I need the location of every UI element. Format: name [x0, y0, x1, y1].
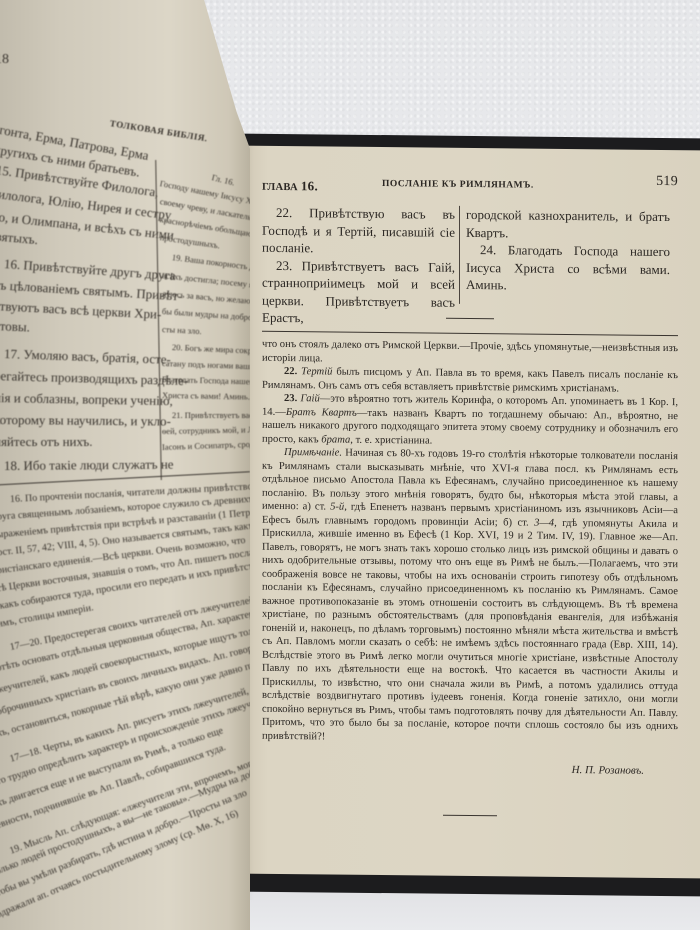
lemma: Гаій: [300, 393, 319, 404]
chapter-label: ГЛАВА: [262, 182, 298, 193]
side-line: 20. Богъ же мира сокрушитъ: [172, 342, 250, 356]
right-page: ГЛАВА 16. ПОСЛАНІЕ КЪ РИМЛЯНАМЪ. 519 22.…: [240, 146, 700, 879]
verse-line: которому вы научились, и укло-: [0, 412, 171, 430]
commentary-text: что онъ стоялъ далеко отъ Римской Церкви…: [262, 339, 678, 364]
side-line: Іасонъ и Сосипатръ, сродники мои.: [162, 438, 250, 452]
verse-23: 23. Привѣтствуетъ васъ Гаій, странноприі…: [262, 256, 455, 328]
end-divider: [443, 815, 497, 817]
verse-24: 24. Благодать Господа нашего Іисуса Хрис…: [466, 241, 670, 296]
verse-line: стовы.: [0, 318, 30, 336]
commentary-paragraph: что онъ стоялъ далеко отъ Римской Церкви…: [262, 338, 678, 369]
chapter-heading: ГЛАВА 16.: [262, 178, 318, 195]
author-signature: Н. П. Розановъ.: [262, 761, 678, 777]
verse-ref: 23.: [284, 393, 297, 404]
side-line: Христа съ вами! Аминь.: [162, 390, 250, 402]
lemma: 3—4: [534, 517, 554, 528]
side-line: сты на зло.: [162, 324, 202, 336]
verse-line: святыхъ.: [0, 228, 39, 248]
commentary-text: , гдѣ упомянуты Акила и Прискилла, живші…: [262, 517, 678, 742]
commentary-note: Примѣчаніе. Начиная съ 80-хъ годовъ 19-г…: [262, 446, 678, 747]
lemma: брата: [321, 434, 350, 445]
verse-22: 22. Привѣтствую васъ въ Господѣ и я Терт…: [262, 204, 455, 259]
side-line: дуюсь за васъ, но желаю, что-: [162, 288, 250, 307]
lemma: Братъ Квартъ: [286, 407, 357, 419]
commentary-divider: [262, 331, 678, 336]
lemma: 5-й: [330, 502, 344, 513]
verse-ref: 22.: [284, 366, 297, 377]
verse-column-left: 22. Привѣтствую васъ въ Господѣ и я Терт…: [262, 204, 460, 304]
side-line: ѳей, сотрудникъ мой, и Лукій,: [162, 424, 250, 436]
lemma: Тертій: [301, 366, 332, 377]
commentary-paragraph: 23. Гаій—это вѣроятно тотъ житель Коринф…: [262, 392, 678, 450]
left-running-head: ТОЛКОВАЯ БИБЛІЯ.: [109, 118, 208, 143]
left-side-head: Гл. 16.: [211, 172, 236, 187]
verse-line: 17. Умоляю васъ, братія, осте-: [4, 346, 171, 368]
note-label: Примѣчаніе.: [284, 447, 342, 459]
side-line: 21. Привѣтствуетъ васъ Тимо-: [172, 410, 250, 420]
verse-23-continued: городской казнохранитель, и братъ Квартъ…: [466, 206, 670, 243]
commentary-text: , т. е. христіанина.: [350, 434, 432, 446]
verse-column-right: городской казнохранитель, и братъ Квартъ…: [460, 206, 670, 306]
verse-line: няйтесь отъ нихъ.: [0, 434, 93, 450]
book-title-heading: ПОСЛАНІЕ КЪ РИМЛЯНАМЪ.: [382, 179, 534, 191]
side-line: простодушныхъ.: [159, 232, 220, 250]
verse-line: 18. Ибо такіе люди служатъ не: [4, 457, 174, 474]
page-number: 519: [656, 174, 678, 190]
verse-line: нія и соблазны, вопреки ученію,: [0, 390, 173, 409]
left-page: 518 ТОЛКОВАЯ БИБЛІЯ. Гл. 16. Флегонта, Е…: [0, 0, 250, 930]
left-page-number: 518: [0, 52, 9, 68]
side-line: 19. Ваша покорность до: [171, 252, 250, 272]
chapter-number: 16.: [301, 178, 318, 193]
side-line: бы были мудры на добро и про-: [162, 306, 250, 324]
right-running-head: ГЛАВА 16. ПОСЛАНІЕ КЪ РИМЛЯНАМЪ. 519: [262, 170, 678, 196]
commentary-paragraph: 22. Тертій былъ писцомъ у Ап. Павла въ т…: [262, 365, 678, 396]
commentary: что онъ стоялъ далеко отъ Римской Церкви…: [262, 338, 678, 747]
scripture-verses: 22. Привѣтствую васъ въ Господѣ и я Терт…: [262, 204, 678, 306]
side-line: сатану подъ ногами вашими вскорѣ.: [162, 358, 250, 373]
